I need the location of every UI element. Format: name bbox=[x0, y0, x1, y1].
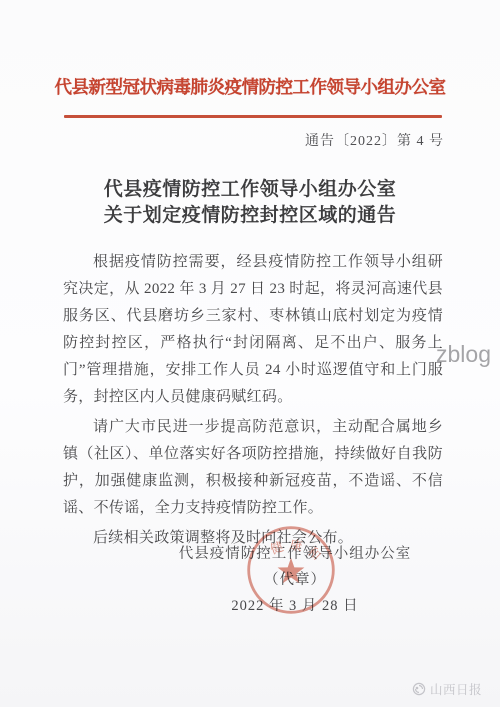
footer-source: 山西日报 bbox=[412, 680, 482, 698]
issuing-authority-header: 代县新型冠状病毒肺炎疫情防控工作领导小组办公室 bbox=[20, 74, 480, 99]
document-number: 通告〔2022〕第 4 号 bbox=[305, 130, 444, 150]
signature-seal-note: （代章） bbox=[145, 567, 445, 593]
shanxi-daily-logo-icon bbox=[412, 682, 426, 696]
body-paragraph-1: 根据疫情防控需要，经县疫情防控工作领导小组研究决定，从 2022 年 3 月 2… bbox=[63, 249, 443, 411]
watermark-text: zblog bbox=[436, 341, 491, 368]
notice-title-line2: 关于划定疫情防控封控区域的通告 bbox=[30, 203, 470, 229]
notice-title: 代县疫情防控工作领导小组办公室 关于划定疫情防控封控区域的通告 bbox=[30, 177, 470, 229]
signature-date: 2022 年 3 月 28 日 bbox=[145, 593, 445, 619]
header-divider bbox=[64, 115, 442, 118]
notice-body: 根据疫情防控需要，经县疫情防控工作领导小组研究决定，从 2022 年 3 月 2… bbox=[63, 249, 443, 555]
notice-title-line1: 代县疫情防控工作领导小组办公室 bbox=[30, 177, 470, 203]
signature-org: 代县疫情防控工作领导小组办公室 bbox=[145, 541, 445, 567]
footer-source-label: 山西日报 bbox=[430, 680, 482, 698]
body-paragraph-2: 请广大市民进一步提高防范意识，主动配合属地乡镇（社区）、单位落实好各项防控措施，… bbox=[63, 414, 443, 522]
signature-block: 代县疫情防控工作领导小组办公室 （代章） 2022 年 3 月 28 日 bbox=[145, 541, 445, 619]
document-page: 代县新型冠状病毒肺炎疫情防控工作领导小组办公室 通告〔2022〕第 4 号 代县… bbox=[0, 0, 500, 707]
